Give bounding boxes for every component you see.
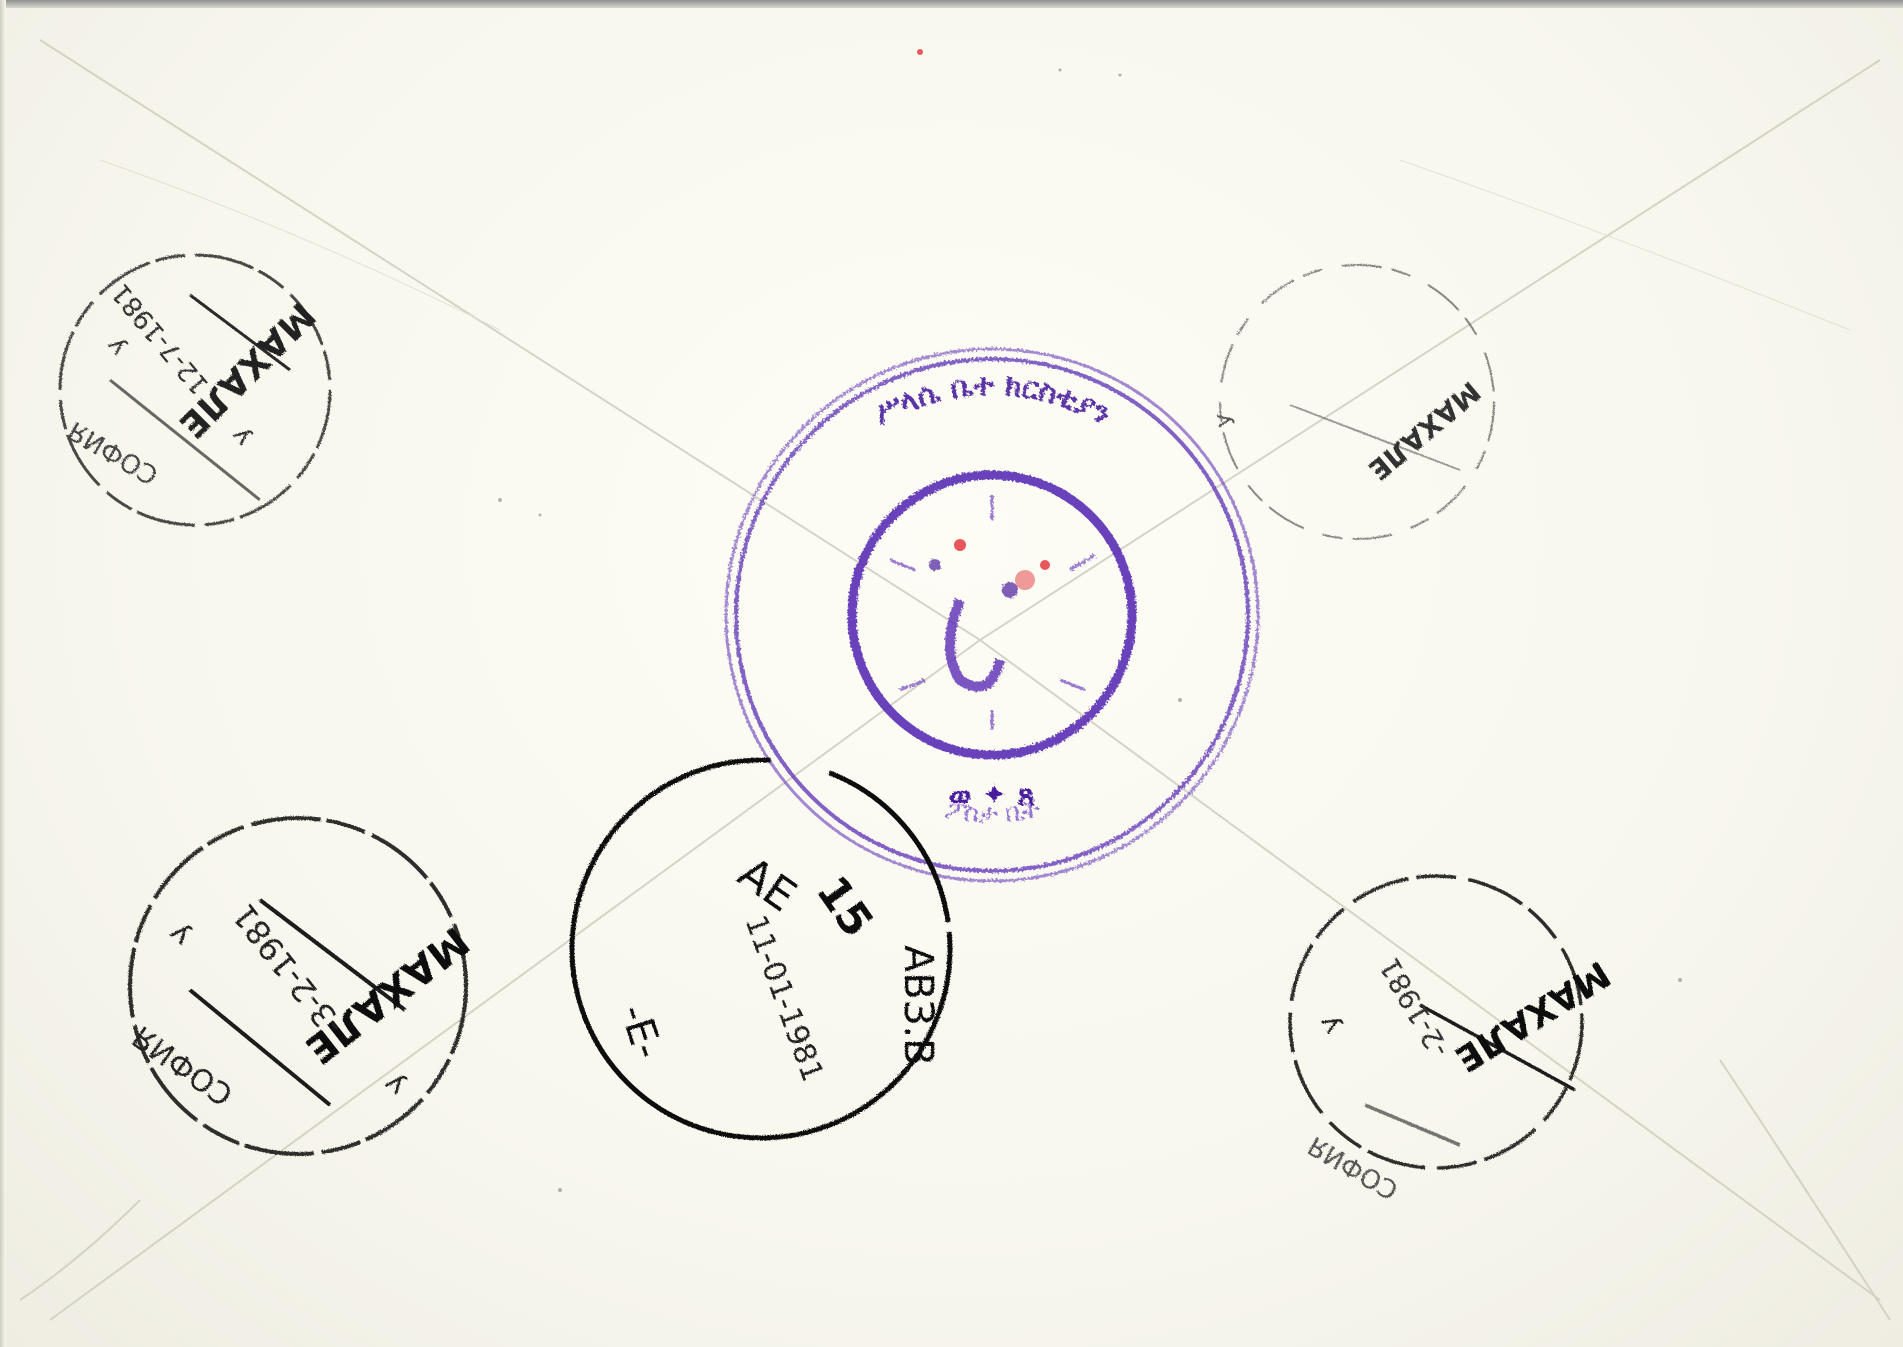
svg-text:15: 15 [806,867,883,946]
postmark-top-left: МАХАЛЕ 12-7-1981 У У СОФИЯ [60,255,330,525]
postmark-upper-right: МАХАЛЕ У [1214,265,1494,539]
svg-text:-2-1981: -2-1981 [1373,952,1456,1063]
svg-text:У: У [1214,410,1241,428]
envelope-artwork: МАХАЛЕ 12-7-1981 У У СОФИЯ МАХАЛЕ У [0,0,1903,1347]
svg-text:У: У [380,1064,414,1100]
postmark-bottom-center: AЕ 15 АВЗ.В -Е- 11-01-1981 [572,760,950,1138]
postmark-bottom-left: МАХАЛЕ -3-2-1981 У У СОФИЯ [126,818,477,1154]
svg-text:МАХАЛЕ: МАХАЛЕ [1362,375,1487,487]
svg-text:СОФИЯ: СОФИЯ [63,415,163,490]
svg-text:У: У [104,330,135,359]
svg-text:У: У [229,420,260,449]
svg-text:У: У [1317,1008,1351,1037]
svg-text:МАХАЛЕ: МАХАЛЕ [1448,952,1617,1079]
svg-text:-Е-: -Е- [610,999,670,1065]
envelope-back: МАХАЛЕ 12-7-1981 У У СОФИЯ МАХАЛЕ У [0,0,1903,1347]
red-ink-marks [917,49,1050,590]
svg-text:-3-2-1981: -3-2-1981 [225,897,351,1044]
svg-text:ወ ✦ ጸ: ወ ✦ ጸ [949,778,1035,813]
postmark-bottom-right: МАХАЛЕ -2-1981 У СОФИЯ [1290,876,1617,1205]
svg-text:ሥላሴ ቤተ ክርስቲያን: ሥላሴ ቤተ ክርስቲያን [868,368,1117,433]
svg-text:У: У [165,914,199,950]
svg-text:11-01-1981: 11-01-1981 [737,911,830,1087]
purple-seal: ሥላሴ ቤተ ክርስቲያን ፖስታ ቤት ወ ✦ ጸ [726,349,1258,881]
svg-text:СОФИЯ: СОФИЯ [126,1018,239,1112]
svg-text:АВЗ.В: АВЗ.В [895,945,941,1066]
